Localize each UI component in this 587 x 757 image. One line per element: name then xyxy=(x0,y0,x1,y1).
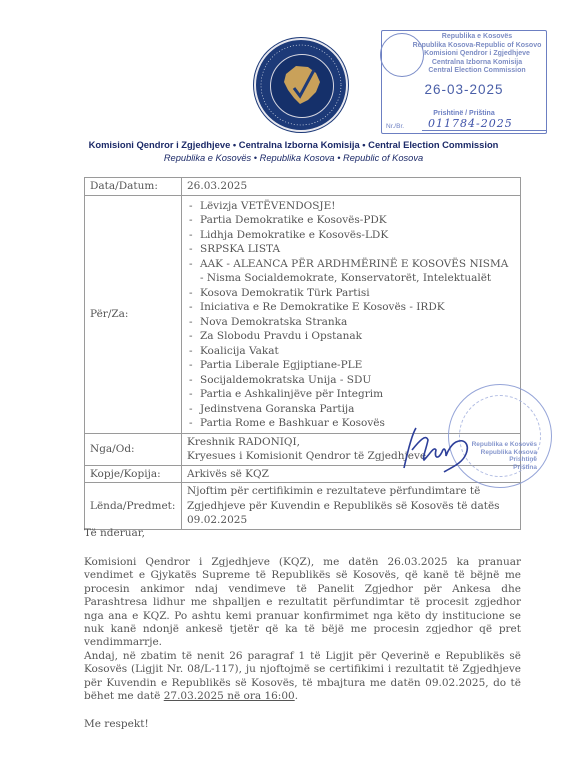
copy-label: Kopje/Kopija: xyxy=(85,465,182,483)
signature-icon xyxy=(398,420,478,480)
list-item: Socijaldemokratska Unija - SDU xyxy=(187,373,515,388)
date-label: Data/Datum: xyxy=(85,178,182,196)
closing: Me respekt! xyxy=(84,718,521,731)
list-item: Kosova Demokratik Türk Partisi xyxy=(187,286,515,301)
list-item: Iniciativa e Re Demokratike E Kosovës - … xyxy=(187,300,515,315)
salutation: Të nderuar, xyxy=(84,527,521,540)
list-item: Koalicija Vakat xyxy=(187,344,515,359)
from-label: Nga/Od: xyxy=(85,433,182,465)
list-item: Za Slobodu Pravdu i Opstanak xyxy=(187,329,515,344)
letterhead-line-1: Komisioni Qendror i Zgjedhjeve • Central… xyxy=(0,139,587,150)
kqz-emblem-icon xyxy=(254,38,348,132)
certification-datetime: 27.03.2025 në ora 16:00 xyxy=(164,690,295,702)
list-item: Lidhja Demokratike e Kosovës-LDK xyxy=(187,228,515,243)
stamp-header: Republika e Kosovës Republika Kosova-Rep… xyxy=(412,33,542,76)
recipients-label: Për/Za: xyxy=(85,195,182,433)
stamp-nr-value: 011784-2025 xyxy=(422,117,546,131)
list-item: AAK - ALEANCA PËR ARDHMËRINË E KOSOVËS N… xyxy=(187,257,515,286)
list-item: Partia Demokratike e Kosovës-PDK xyxy=(187,213,515,228)
subject-label: Lënda/Predmet: xyxy=(85,483,182,530)
stamp-city: Prishtinë / Priština xyxy=(382,110,546,117)
received-stamp: Republika e Kosovës Republika Kosova-Rep… xyxy=(381,30,547,134)
letterhead-line-2: Republika e Kosovës • Republika Kosova •… xyxy=(0,153,587,163)
list-item: SRPSKA LISTA xyxy=(187,242,515,257)
paragraph-2: Andaj, në zbatim të nenit 26 paragraf 1 … xyxy=(84,650,521,704)
subject-value: Njoftim për certifikimin e rezultateve p… xyxy=(182,483,521,530)
date-value: 26.03.2025 xyxy=(182,178,521,196)
paragraph-1: Komisioni Qendror i Zgjedhjeve (KQZ), me… xyxy=(84,556,521,650)
row-date: Data/Datum: 26.03.2025 xyxy=(85,178,521,196)
stamp-nr-label: Nr./Br. xyxy=(386,123,404,130)
stamp-date: 26-03-2025 xyxy=(382,82,546,97)
list-item: Nova Demokratska Stranka xyxy=(187,315,515,330)
list-item: Partia Liberale Egjiptiane-PLE xyxy=(187,358,515,373)
row-subject: Lënda/Predmet: Njoftim për certifikimin … xyxy=(85,483,521,530)
list-item: Lëvizja VETËVENDOSJE! xyxy=(187,199,515,214)
row-recipients: Për/Za: Lëvizja VETËVENDOSJE! Partia Dem… xyxy=(85,195,521,433)
